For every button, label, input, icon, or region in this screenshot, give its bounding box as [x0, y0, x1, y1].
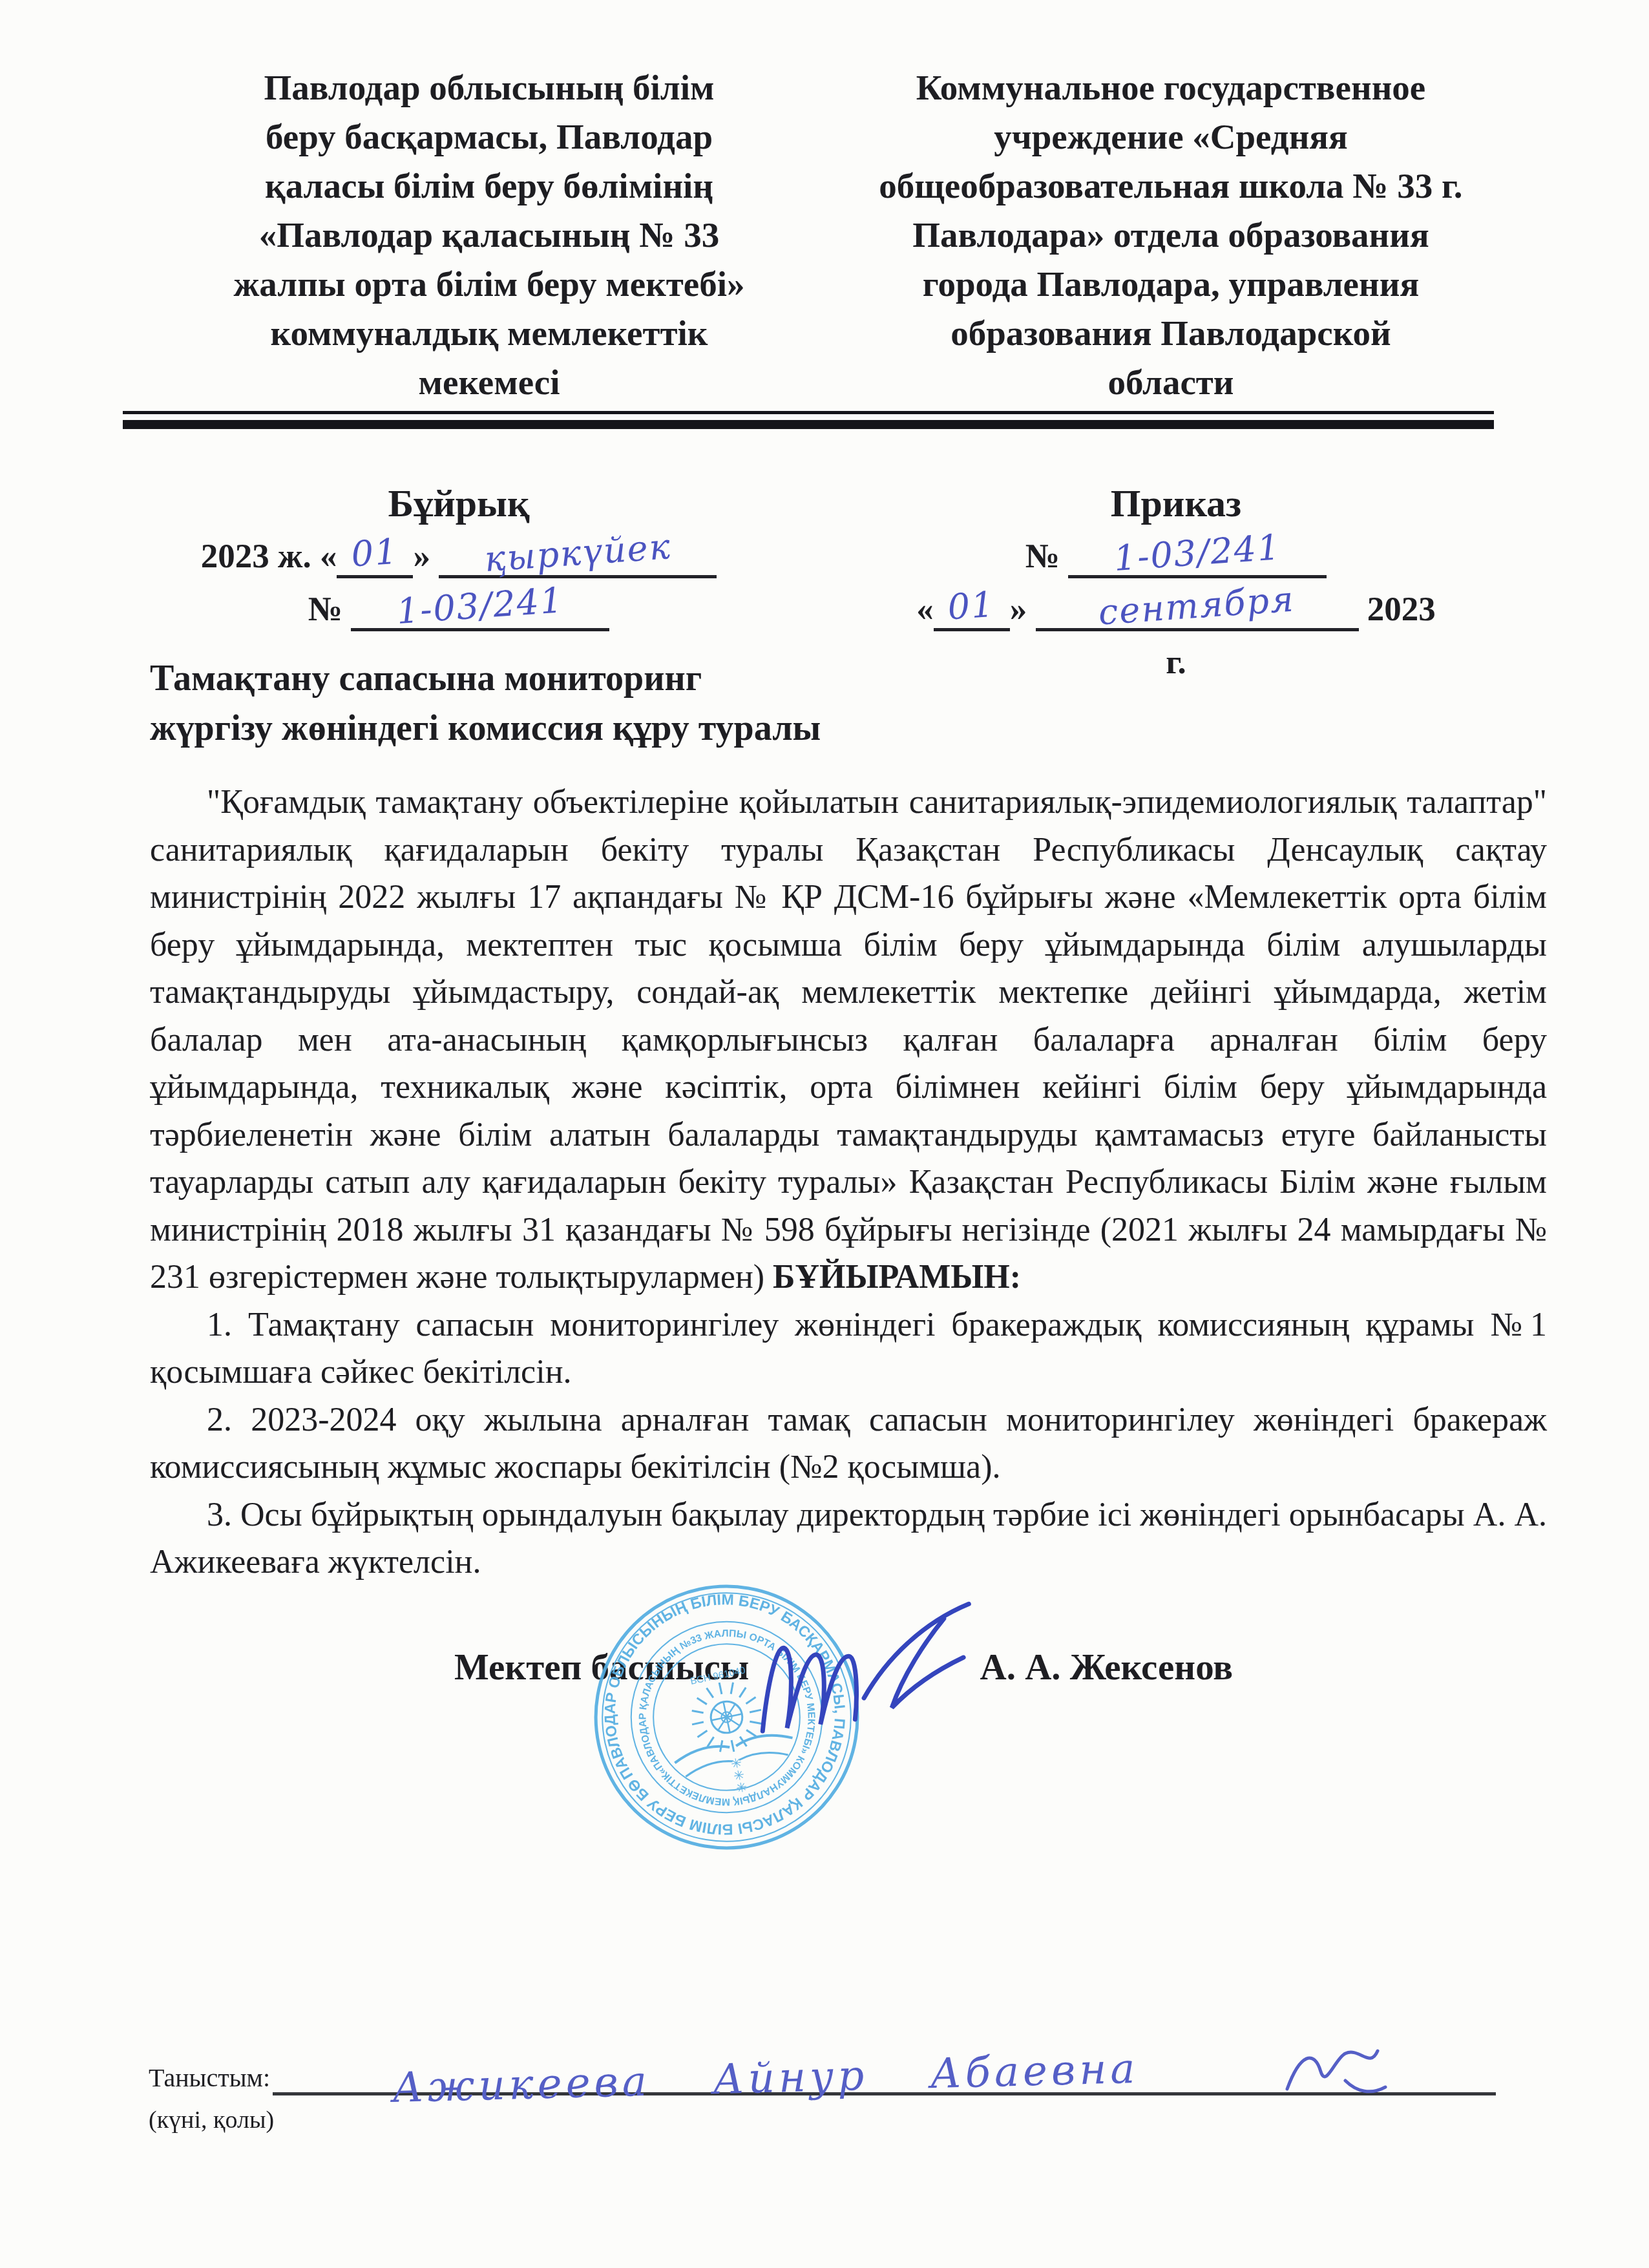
order-title-kk: Бұйрық [194, 477, 724, 530]
handwritten-number-kk: 1-03/241 [395, 582, 565, 631]
order-subject: Тамақтану сапасына мониторинг жүргізу жө… [150, 654, 821, 753]
handwritten-number-ru: 1-03/241 [1113, 529, 1282, 578]
acknowledgement-signature-line: Ажикеева Айнур Абаевна [273, 2056, 1496, 2095]
director-signature [728, 1592, 997, 1765]
order-body: "Қоғамдық тамақтану объектілеріне қойыла… [150, 779, 1547, 1586]
number-label-kk: № [308, 591, 342, 628]
resolve-word: БҰЙЫРАМЫН: [773, 1259, 1021, 1296]
acknowledgement-block: Таныстым: Ажикеева Айнур Абаевна (күні, … [149, 2056, 1496, 2134]
order-number-line-kk: № 1-03/241 [194, 583, 724, 636]
date-month-blank-ru: сентября [1036, 590, 1359, 631]
preamble-paragraph: "Қоғамдық тамақтану объектілеріне қойыла… [150, 779, 1547, 1301]
order-heading-russian: Приказ № 1-03/241 «01» сентября 2023 г. [905, 477, 1447, 689]
handwritten-day-kk: 01 [350, 533, 400, 574]
acknowledgement-label: Таныстым: [149, 2063, 270, 2095]
number-blank-kk: 1-03/241 [351, 590, 609, 631]
handwritten-acknowledgement-name: Ажикеева Айнур Абаевна [392, 2045, 1139, 2112]
scanned-order-page: Павлодар облысының білім беру басқармасы… [0, 0, 1649, 2268]
number-label-ru: № [1025, 538, 1060, 575]
signature-flourish [1281, 2041, 1391, 2105]
signer-name: А. А. Жексенов [980, 1646, 1233, 1688]
handwritten-month-ru: сентября [1098, 580, 1296, 631]
org-name-kazakh: Павлодар облысының білім беру басқармасы… [227, 63, 751, 407]
letterhead-divider [123, 411, 1494, 429]
date-month-blank-kk: қыркүйек [439, 537, 717, 578]
preamble-text: "Қоғамдық тамақтану объектілеріне қойыла… [150, 784, 1547, 1296]
acknowledgement-note: (күні, қолы) [149, 2106, 1496, 2134]
order-item-2: 2. 2023-2024 оқу жылына арналған тамақ с… [150, 1396, 1547, 1491]
order-title-ru: Приказ [905, 477, 1447, 530]
date-day-blank-kk: 01 [337, 537, 413, 578]
date-close-kk: » [413, 538, 430, 575]
svg-text:✳: ✳ [735, 1780, 748, 1796]
date-prefix-kk: 2023 ж. « [201, 538, 337, 575]
order-date-line-kk: 2023 ж. «01» қыркүйек [194, 530, 724, 583]
handwritten-month-kk: қыркүйек [483, 528, 673, 578]
order-date-line-ru: «01» сентября 2023 г. [905, 583, 1447, 689]
acknowledgement-row: Таныстым: Ажикеева Айнур Абаевна [149, 2056, 1496, 2095]
order-number-line-ru: № 1-03/241 [905, 530, 1447, 583]
org-name-russian: Коммунальное государственное учреждение … [835, 63, 1507, 407]
order-item-1: 1. Тамақтану сапасын мониторингілеу жөні… [150, 1301, 1547, 1396]
order-heading-kazakh: Бұйрық 2023 ж. «01» қыркүйек № 1-03/241 [194, 477, 724, 636]
number-blank-ru: 1-03/241 [1068, 537, 1327, 578]
letterhead: Павлодар облысының білім беру басқармасы… [227, 63, 1507, 407]
date-day-blank-ru: 01 [934, 590, 1010, 631]
date-open-ru: « [916, 591, 934, 628]
date-close-ru: » [1010, 591, 1027, 628]
handwritten-day-ru: 01 [947, 586, 996, 627]
order-item-3: 3. Осы бұйрықтың орындалуын бақылау дире… [150, 1491, 1547, 1586]
